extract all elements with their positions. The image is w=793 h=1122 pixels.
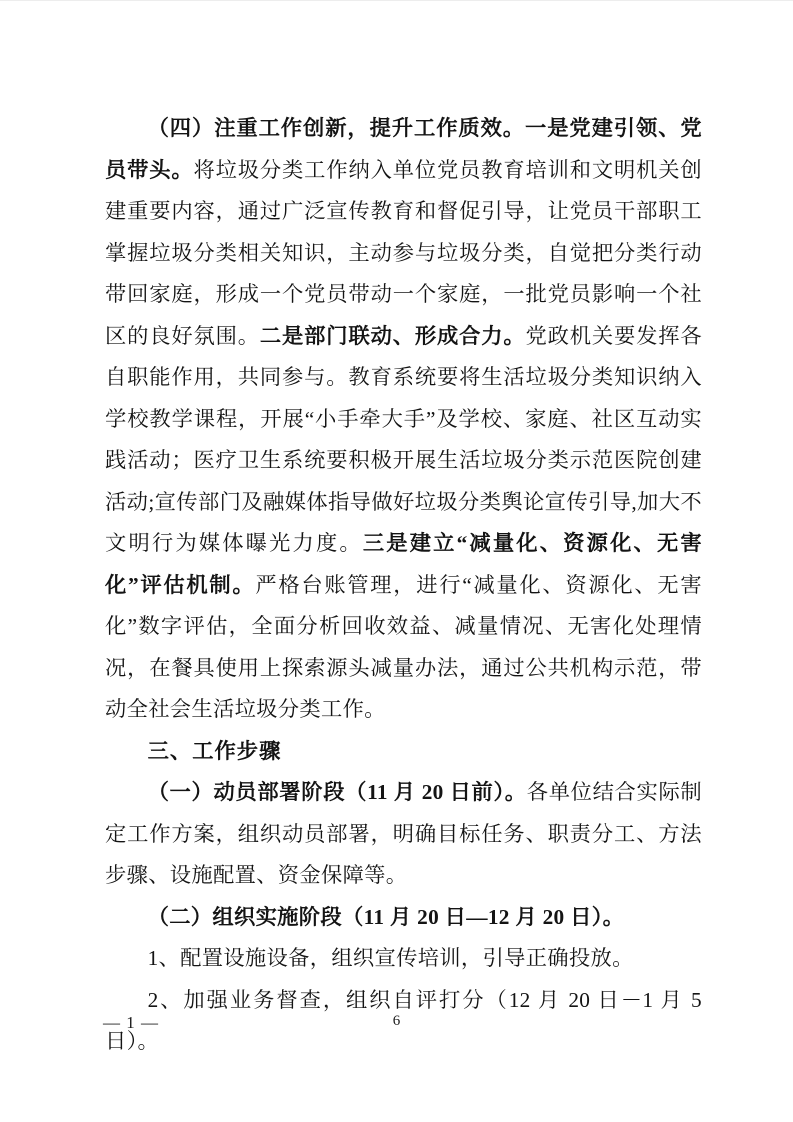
document-body: （四）注重工作创新，提升工作质效。一是党建引领、党员带头。将垃圾分类工作纳入单位…	[105, 108, 702, 1063]
text-run: 党政机关要发挥各自职能作用，共同参与。教育系统要将生活垃圾分类知识纳入学校教学课…	[105, 324, 702, 556]
footer-page-number-center: 6	[0, 1008, 793, 1034]
text-run: 三、工作步骤	[148, 739, 282, 763]
section-heading-2: 三、工作步骤	[105, 731, 702, 773]
text-run: 1、配置设施设备，组织宣传培训，引导正确投放。	[148, 946, 634, 970]
body-paragraph-5: 1、配置设施设备，组织宣传培训，引导正确投放。	[105, 938, 702, 980]
text-run: 二是部门联动、形成合力。	[260, 324, 526, 348]
text-run: （二）组织实施阶段（11 月 20 日—12 月 20 日）。	[148, 905, 625, 929]
body-paragraph-3: （一）动员部署阶段（11 月 20 日前）。各单位结合实际制定工作方案，组织动员…	[105, 772, 702, 897]
document-page: （四）注重工作创新，提升工作质效。一是党建引领、党员带头。将垃圾分类工作纳入单位…	[0, 0, 793, 1122]
text-run: 将垃圾分类工作纳入单位党员教育培训和文明机关创建重要内容，通过广泛宣传教育和督促…	[105, 158, 702, 348]
body-paragraph-1: （四）注重工作创新，提升工作质效。一是党建引领、党员带头。将垃圾分类工作纳入单位…	[105, 108, 702, 731]
body-paragraph-4: （二）组织实施阶段（11 月 20 日—12 月 20 日）。	[105, 897, 702, 939]
text-run: （一）动员部署阶段（11 月 20 日前）。	[148, 780, 527, 804]
